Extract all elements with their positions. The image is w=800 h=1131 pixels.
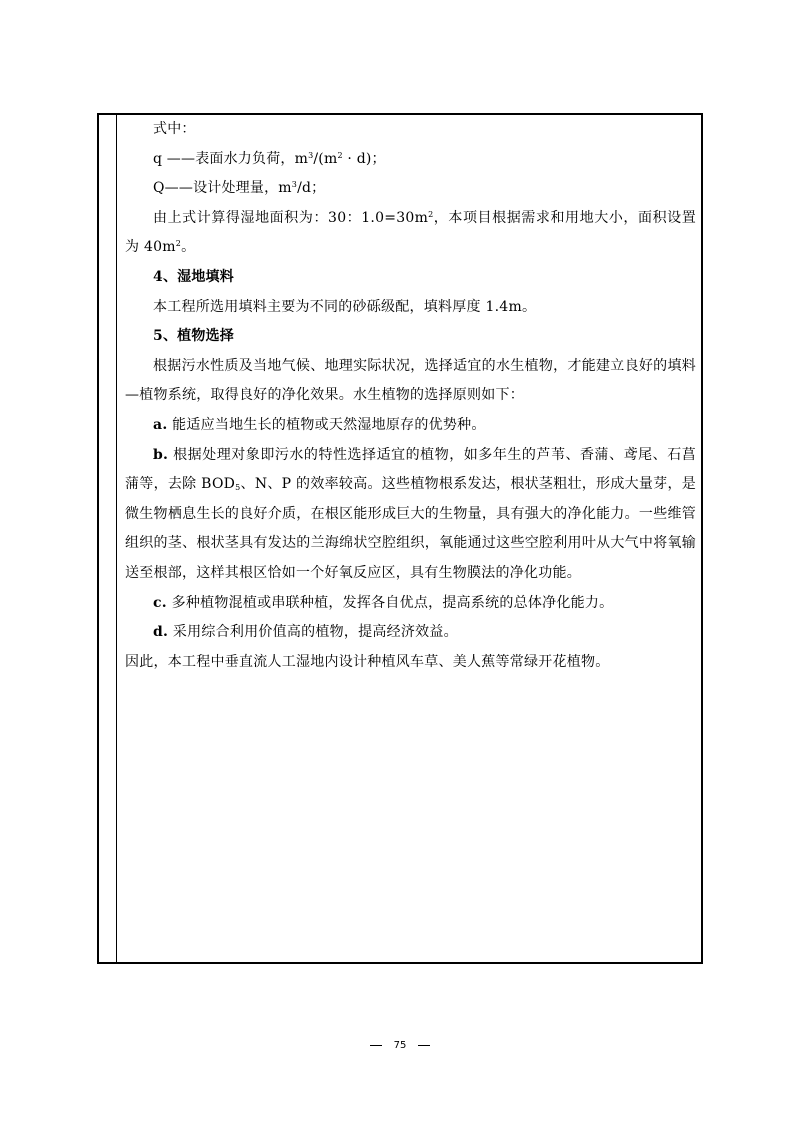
area-calculation-paragraph: 由上式计算得湿地面积为：30：1.0=30m2，本项目根据需求和用地大小，面积设… (125, 204, 696, 263)
criterion-b-marker: b. (153, 447, 168, 463)
Q-def-text: Q——设计处理量，m (153, 180, 292, 196)
criterion-c: c. 多种植物混植或串联种植，发挥各自优点，提高系统的总体净化能力。 (125, 589, 696, 619)
criterion-a-marker: a. (153, 417, 167, 433)
area-calc-suffix: 。 (181, 239, 195, 255)
criterion-a-text: 能适应当地生长的植物或天然湿地原存的优势种。 (172, 417, 486, 433)
table-content-cell: 式中： q ——表面水力负荷，m3/(m2 · d)； Q——设计处理量，m3/… (125, 115, 696, 677)
q-def-text: q ——表面水力负荷，m (153, 151, 308, 167)
q-def-mid: /(m (313, 151, 337, 167)
q-definition: q ——表面水力负荷，m3/(m2 · d)； (125, 145, 696, 175)
table-left-column (99, 115, 117, 962)
page-footer: 75 (0, 1040, 800, 1051)
criterion-d-text: 采用综合利用价值高的植物，提高经济效益。 (173, 624, 458, 640)
Q-def-suffix: /d； (297, 180, 325, 196)
criterion-d: d. 采用综合利用价值高的植物，提高经济效益。 (125, 618, 696, 648)
formula-intro: 式中： (125, 115, 696, 145)
plant-conclusion: 因此，本工程中垂直流人工湿地内设计种植风车草、美人蕉等常绿开花植物。 (125, 648, 696, 678)
Q-definition: Q——设计处理量，m3/d； (125, 174, 696, 204)
criterion-c-text: 多种植物混植或串联种植，发挥各自优点，提高系统的总体净化能力。 (172, 595, 614, 611)
criterion-b: b. 根据处理对象即污水的特性选择适宜的植物，如多年生的芦苇、香蒲、鸢尾、石菖蒲… (125, 441, 696, 589)
criterion-d-marker: d. (153, 624, 168, 640)
page-number: 75 (394, 1040, 407, 1051)
criterion-a: a. 能适应当地生长的植物或天然湿地原存的优势种。 (125, 411, 696, 441)
q-def-suffix: · d)； (343, 151, 386, 167)
document-table: 式中： q ——表面水力负荷，m3/(m2 · d)； Q——设计处理量，m3/… (97, 113, 703, 964)
footer-dash-right (418, 1045, 430, 1046)
formula-intro-text: 式中： (153, 121, 196, 137)
criterion-c-marker: c. (153, 595, 167, 611)
section-heading-wetland-filler: 4、湿地填料 (125, 263, 696, 293)
area-calc-text: 由上式计算得湿地面积为：30：1.0=30m (153, 210, 428, 226)
section-heading-plant-selection: 5、植物选择 (125, 322, 696, 352)
filler-paragraph: 本工程所选用填料主要为不同的砂砾级配，填料厚度 1.4m。 (125, 293, 696, 323)
plant-selection-intro: 根据污水性质及当地气候、地理实际状况，选择适宜的水生植物，才能建立良好的填料—植… (125, 352, 696, 411)
footer-dash-left (370, 1045, 382, 1046)
